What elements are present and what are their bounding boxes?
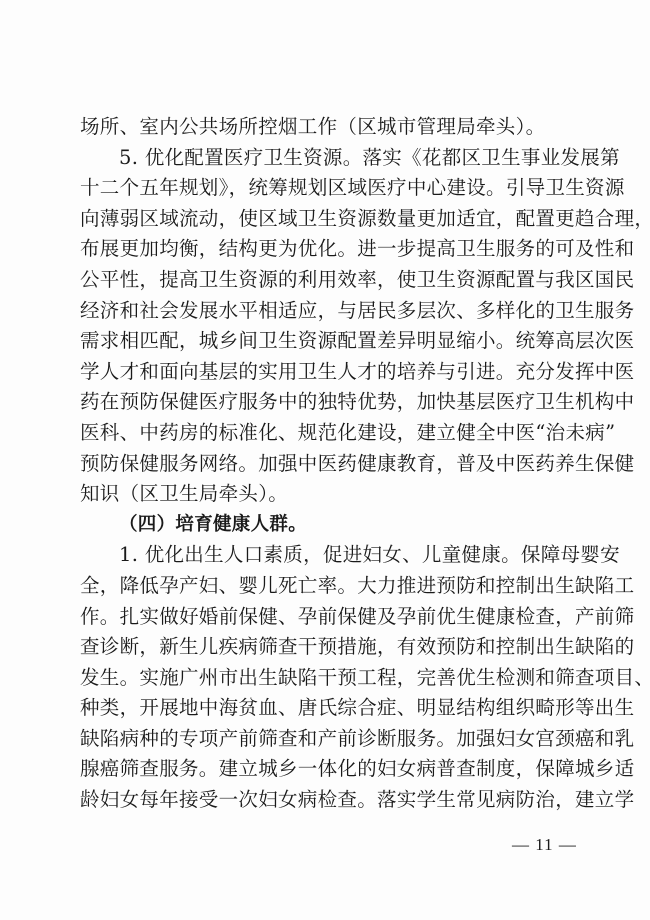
paragraph-line: 全，降低孕产妇、婴儿死亡率。大力推进预防和控制出生缺陷工 (80, 571, 565, 602)
paragraph-line: 预防保健服务网络。加强中医药健康教育，普及中医药养生保健 (80, 449, 565, 480)
paragraph-line: 十二个五年规划》，统筹规划区域医疗中心建设。引导卫生资源 (80, 173, 565, 204)
page-number: — 11 — (512, 835, 577, 855)
paragraph-line: 需求相匹配，城乡间卫生资源配置差异明显缩小。统筹高层次医 (80, 326, 565, 357)
paragraph-line: 布展更加均衡，结构更为优化。进一步提高卫生服务的可及性和 (80, 234, 565, 265)
paragraph-line: 公平性，提高卫生资源的利用效率，使卫生资源配置与我区国民 (80, 265, 565, 296)
section-heading: （四）培育健康人群。 (80, 510, 565, 541)
paragraph-line: 学人才和面向基层的实用卫生人才的培养与引进。充分发挥中医 (80, 357, 565, 388)
paragraph-line: 场所、室内公共场所控烟工作（区城市管理局牵头）。 (80, 112, 565, 143)
paragraph-line: 缺陷病种的专项产前筛查和产前诊断服务。加强妇女宫颈癌和乳 (80, 724, 565, 755)
paragraph-line: 药在预防保健医疗服务中的独特优势，加快基层医疗卫生机构中 (80, 387, 565, 418)
paragraph-line: 发生。实施广州市出生缺陷干预工程，完善优生检测和筛查项目、 (80, 663, 565, 694)
paragraph-line: 向薄弱区域流动，使区域卫生资源数量更加适宜，配置更趋合理， (80, 204, 565, 235)
paragraph-line: 种类，开展地中海贫血、唐氏综合症、明显结构组织畸形等出生 (80, 693, 565, 724)
paragraph-line-item-1-title: 1. 优化出生人口素质，促进妇女、儿童健康。保障母婴安 (80, 540, 565, 571)
paragraph-line: 龄妇女每年接受一次妇女病检查。落实学生常见病防治，建立学 (80, 785, 565, 816)
paragraph-line: 经济和社会发展水平相适应，与居民多层次、多样化的卫生服务 (80, 296, 565, 327)
paragraph-line: 作。扎实做好婚前保健、孕前保健及孕前优生健康检查，产前筛 (80, 602, 565, 633)
paragraph-line: 医科、中药房的标准化、规范化建设，建立健全中医“治未病” (80, 418, 565, 449)
paragraph-line: 腺癌筛查服务。建立城乡一体化的妇女病普查制度，保障城乡适 (80, 754, 565, 785)
paragraph-line: 查诊断，新生儿疾病筛查干预措施，有效预防和控制出生缺陷的 (80, 632, 565, 663)
document-page: 场所、室内公共场所控烟工作（区城市管理局牵头）。 5. 优化配置医疗卫生资源。落… (0, 0, 650, 920)
body-text: 场所、室内公共场所控烟工作（区城市管理局牵头）。 5. 优化配置医疗卫生资源。落… (80, 112, 565, 816)
paragraph-line-item-5-title: 5. 优化配置医疗卫生资源。落实《花都区卫生事业发展第 (80, 143, 565, 174)
paragraph-line: 知识（区卫生局牵头）。 (80, 479, 565, 510)
